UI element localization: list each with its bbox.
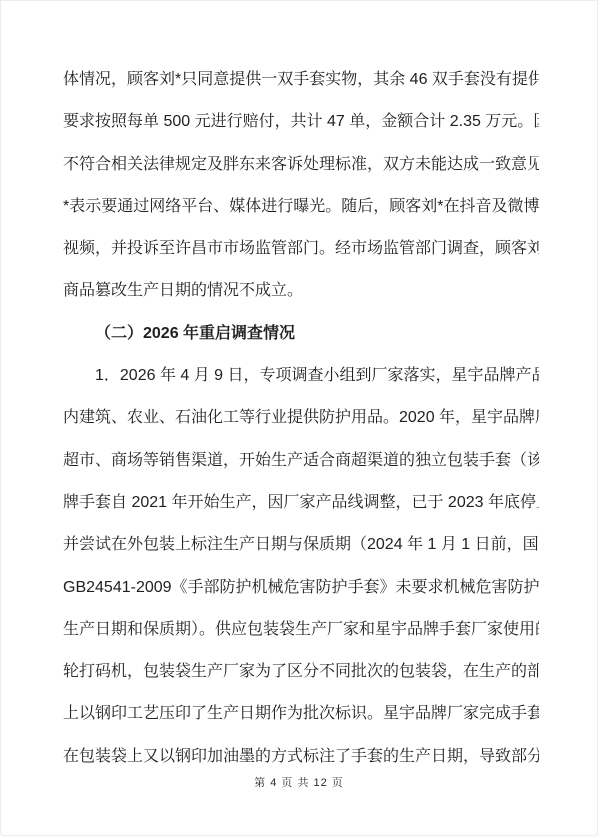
text-line: 生产日期和保质期）。供应包装袋生产厂家和星宇品牌手套厂家使用的均为墨 — [63, 609, 539, 651]
text-line: 视频，并投诉至许昌市市场监管部门。经市场监管部门调查，顾客刘*投诉的 — [63, 228, 539, 270]
text-line: 牌手套自 2021 年开始生产，因厂家产品线调整，已于 2023 年底停止生产）… — [63, 482, 539, 524]
text-line: 体情况，顾客刘*只同意提供一双手套实物，其余 46 双手套没有提供，并执意 — [63, 59, 539, 101]
text-line: *表示要通过网络平台、媒体进行曝光。随后，顾客刘*在抖音及微博发布相关 — [63, 186, 539, 228]
text-line: 超市、商场等销售渠道，开始生产适合商超渠道的独立包装手套（该款星宇品 — [63, 440, 539, 482]
page-footer: 第 4 页 共 12 页 — [1, 775, 597, 791]
text-line: 要求按照每单 500 元进行赔付，共计 47 单，金额合计 2.35 万元。因该… — [63, 101, 539, 143]
text-line: 内建筑、农业、石油化工等行业提供防护用品。2020 年，星宇品牌厂家开拓 — [63, 397, 539, 439]
text-line: GB24541-2009《手部防护机械危害防护手套》未要求机械危害防护手套标注 — [63, 567, 539, 609]
section-heading: （二）2026 年重启调查情况 — [63, 313, 539, 355]
text-line: 商品篡改生产日期的情况不成立。 — [63, 270, 539, 312]
document-page: 体情况，顾客刘*只同意提供一双手套实物，其余 46 双手套没有提供，并执意 要求… — [0, 0, 598, 836]
text-line: 不符合相关法律规定及胖东来客诉处理标准，双方未能达成一致意见，顾客刘 — [63, 144, 539, 186]
page-body-text: 体情况，顾客刘*只同意提供一双手套实物，其余 46 双手套没有提供，并执意 要求… — [63, 59, 539, 778]
text-line: 并尝试在外包装上标注生产日期与保质期（2024 年 1 月 1 日前，国家标准 — [63, 524, 539, 566]
page-number-label: 第 4 页 共 12 页 — [254, 777, 344, 789]
text-line: 1．2026 年 4 月 9 日，专项调查小组到厂家落实，星宇品牌产品主要为国 — [63, 355, 539, 397]
text-line: 在包装袋上又以钢印加油墨的方式标注了手套的生产日期，导致部分手套包装 — [63, 736, 539, 778]
text-line: 上以钢印工艺压印了生产日期作为批次标识。星宇品牌厂家完成手套包装后， — [63, 693, 539, 735]
text-line: 轮打码机，包装袋生产厂家为了区分不同批次的包装袋，在生产的部分包装袋 — [63, 651, 539, 693]
